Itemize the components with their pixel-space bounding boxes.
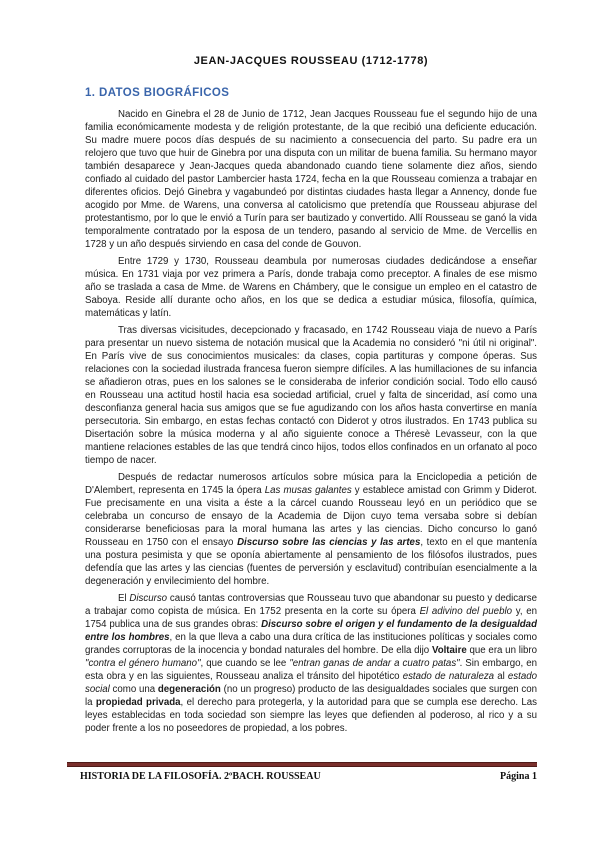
text-run: degeneración	[158, 684, 221, 695]
paragraph: El Discurso causó tantas controversias q…	[85, 592, 537, 735]
text-run: que era un libro	[467, 645, 537, 656]
paragraph: Nacido en Ginebra el 28 de Junio de 1712…	[85, 108, 537, 251]
paragraph: Después de redactar numerosos artículos …	[85, 471, 537, 588]
document-page: JEAN-JACQUES ROUSSEAU (1712-1778) 1. DAT…	[0, 0, 599, 848]
text-run: El	[118, 593, 129, 604]
text-run: El adivino del pueblo	[420, 606, 512, 617]
text-run: Tras diversas vicisitudes, decepcionado …	[85, 325, 537, 466]
text-run: Voltaire	[432, 645, 467, 656]
text-run: Entre 1729 y 1730, Rousseau deambula por…	[85, 256, 537, 319]
page-footer: HISTORIA DE LA FILOSOFÍA. 2ºBACH. ROUSSE…	[67, 762, 537, 782]
footer-page-number: Página 1	[500, 771, 537, 782]
text-run: "contra el género humano"	[85, 658, 201, 669]
text-run: , que cuando se lee	[201, 658, 290, 669]
text-run: Nacido en Ginebra el 28 de Junio de 1712…	[85, 109, 537, 250]
text-run: Discurso sobre las ciencias y las artes	[237, 537, 420, 548]
text-run: al	[494, 671, 508, 682]
text-run: Discurso	[129, 593, 167, 604]
text-run: Las musas galantes	[265, 485, 352, 496]
footer-course-label: HISTORIA DE LA FILOSOFÍA. 2ºBACH. ROUSSE…	[80, 771, 321, 782]
document-title: JEAN-JACQUES ROUSSEAU (1712-1778)	[85, 55, 537, 67]
text-run: como una	[110, 684, 158, 695]
text-run: "entran ganas de andar a cuatro patas"	[289, 658, 459, 669]
document-body: Nacido en Ginebra el 28 de Junio de 1712…	[85, 108, 537, 735]
footer-row: HISTORIA DE LA FILOSOFÍA. 2ºBACH. ROUSSE…	[67, 771, 537, 782]
paragraph: Tras diversas vicisitudes, decepcionado …	[85, 324, 537, 467]
text-run: estado de naturaleza	[403, 671, 494, 682]
paragraph: Entre 1729 y 1730, Rousseau deambula por…	[85, 255, 537, 320]
text-run: propiedad privada	[96, 697, 181, 708]
document-content: JEAN-JACQUES ROUSSEAU (1712-1778) 1. DAT…	[85, 55, 537, 764]
footer-rule	[67, 762, 537, 767]
section-heading-datos-biograficos: 1. DATOS BIOGRÁFICOS	[85, 87, 537, 99]
